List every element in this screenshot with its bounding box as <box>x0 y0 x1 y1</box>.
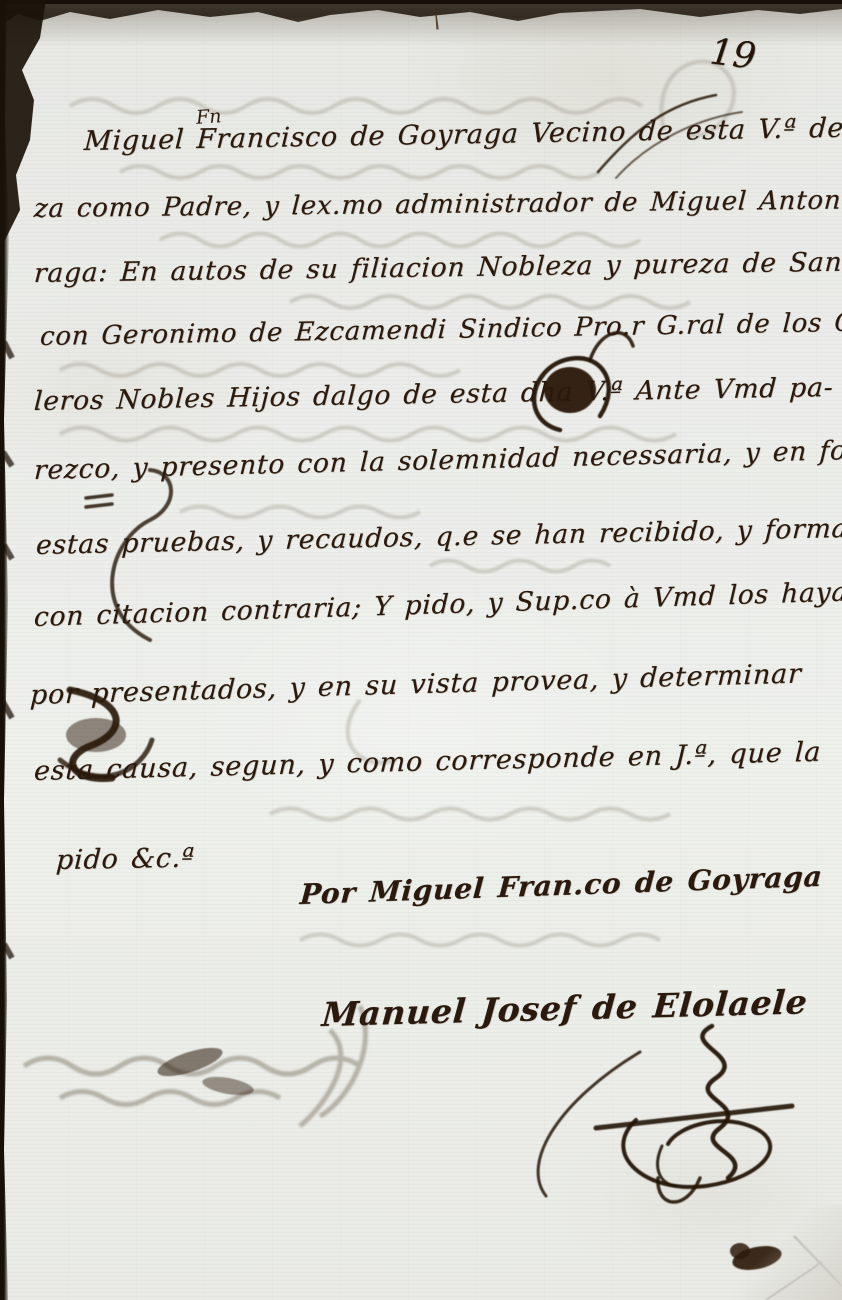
ink-smear <box>201 1074 255 1099</box>
manuscript-page: † 19 Fn Miguel Francisco de Goyraga Veci… <box>0 0 842 1300</box>
rubric-tail <box>658 1178 700 1202</box>
ink-smear <box>66 718 126 752</box>
manuscript-line: estas pruebas, y recaudos, q.e se han re… <box>35 511 842 561</box>
manuscript-line: esta causa, segun, y como corresponde en… <box>33 737 822 787</box>
bleedthrough-scribble <box>24 1006 365 1126</box>
manuscript-line: raga: En autos de su filiacion Nobleza y… <box>33 246 842 289</box>
rubric-flourish <box>623 1120 770 1187</box>
rubric-flourish <box>702 1026 735 1178</box>
rubric-flourish <box>596 1106 792 1128</box>
margin-mark <box>86 495 112 507</box>
manuscript-line: leros Nobles Hijos dalgo de esta dha V.ª… <box>33 372 834 417</box>
signature-sweep <box>658 1146 676 1186</box>
manuscript-line: con citacion contraria; Y pido, y Sup.co… <box>33 576 842 633</box>
signature-notary: Manuel Josef de Elolaele <box>320 982 809 1034</box>
manuscript-line: por presentados, y en su vista provea, y… <box>29 658 802 711</box>
manuscript-line: con Geronimo de Ezcamendi Sindico Pro.r … <box>39 307 842 352</box>
ink-smear <box>155 1042 226 1082</box>
signature-sweep <box>538 1052 640 1196</box>
manuscript-line: rezco, y presento con la solemnidad nece… <box>33 434 842 486</box>
folded-corner <box>732 1205 842 1300</box>
manuscript-line: za como Padre, y lex.mo administrador de… <box>33 184 842 224</box>
manuscript-line: pido &c.ª <box>55 843 195 876</box>
torn-top-edge <box>0 0 842 26</box>
folio-number: 19 <box>708 31 758 77</box>
signature-presented-by: Por Miguel Fran.co de Goyraga <box>299 860 824 911</box>
